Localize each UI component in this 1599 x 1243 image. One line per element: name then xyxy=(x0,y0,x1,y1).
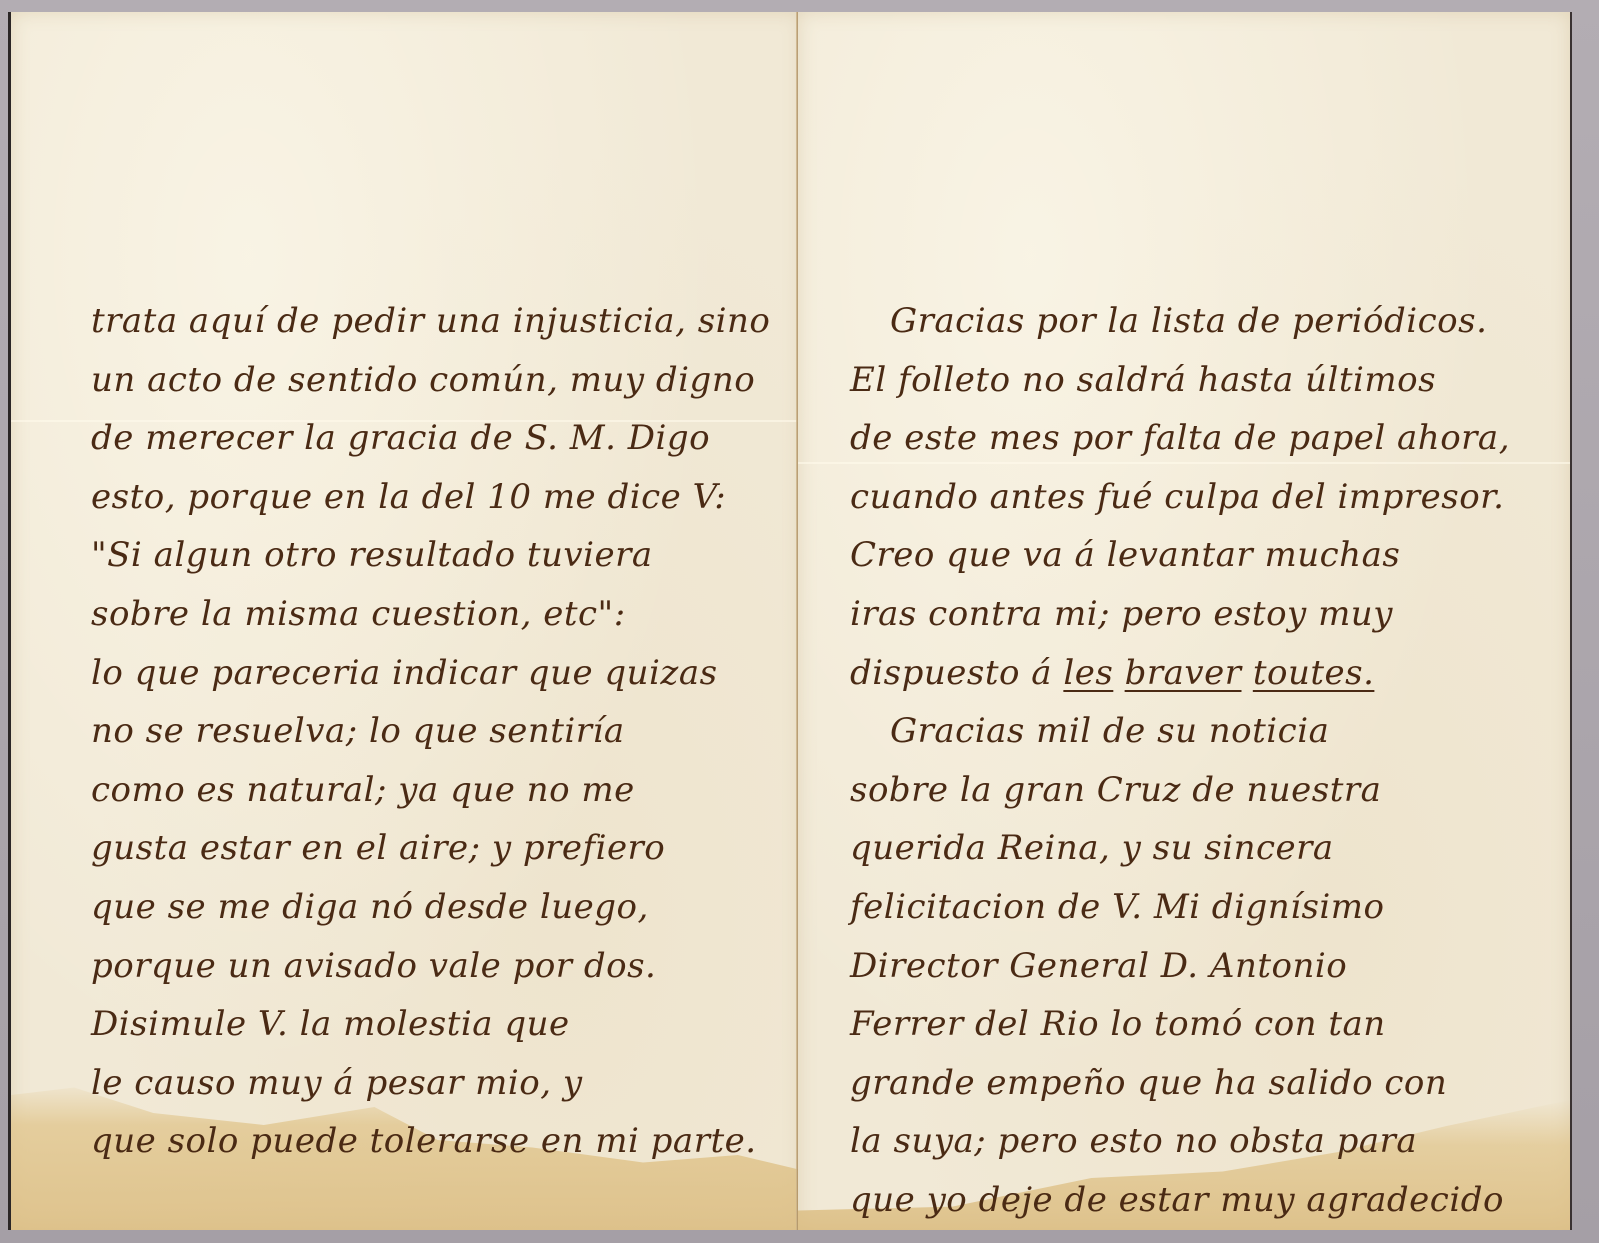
underlined-word: toutes. xyxy=(1253,653,1375,693)
text-line: El folleto no saldrá hasta últimos xyxy=(850,351,1550,410)
text-line: como es natural; ya que no me xyxy=(91,761,791,820)
underlined-word: braver xyxy=(1125,653,1242,693)
right-page-text: Gracias por la lista de periódicos. El f… xyxy=(850,292,1550,1230)
text-line: cuando antes fué culpa del impresor. xyxy=(850,468,1550,527)
text-line: sobre la misma cuestion, etc": xyxy=(91,585,791,644)
underlined-word: les xyxy=(1063,653,1113,693)
text-line: grande empeño que ha salido con xyxy=(850,1054,1550,1113)
text-line: de este mes por falta de papel ahora, xyxy=(850,409,1550,468)
text-line: porque un avisado vale por dos. xyxy=(91,937,791,996)
text-line: que yo deje de estar muy agradecido xyxy=(850,1171,1550,1230)
text-line: Creo que va á levantar muchas xyxy=(850,526,1550,585)
text-line: trata aquí de pedir una injusticia, sino xyxy=(91,292,791,351)
text-line: un acto de sentido común, muy digno xyxy=(91,351,791,410)
text-line: la suya; pero esto no obsta para xyxy=(850,1112,1550,1171)
text-line: Gracias por la lista de periódicos. xyxy=(850,292,1550,351)
text-line: que se me diga nó desde luego, xyxy=(91,878,791,937)
text-line: de merecer la gracia de S. M. Digo xyxy=(91,409,791,468)
text-line: esto, porque en la del 10 me dice V: xyxy=(91,468,791,527)
text-line: que solo puede tolerarse en mi parte. xyxy=(91,1112,791,1171)
text-line: Gracias mil de su noticia xyxy=(850,702,1550,761)
text-line: le causo muy á pesar mio, y xyxy=(91,1054,791,1113)
text-line: sobre la gran Cruz de nuestra xyxy=(850,761,1550,820)
text-line: querida Reina, y su sincera xyxy=(850,819,1550,878)
left-page: trata aquí de pedir una injusticia, sino… xyxy=(8,12,801,1230)
text-line: Disimule V. la molestia que xyxy=(91,995,791,1054)
text-line: gusta estar en el aire; y prefiero xyxy=(91,819,791,878)
text-line: lo que pareceria indicar que quizas xyxy=(91,644,791,703)
text-line-with-underline: dispuesto á les braver toutes. xyxy=(850,644,1550,703)
scanned-letter: trata aquí de pedir una injusticia, sino… xyxy=(0,0,1599,1243)
text-line: felicitacion de V. Mi dignísimo xyxy=(850,878,1550,937)
text-line: "Si algun otro resultado tuviera xyxy=(91,526,791,585)
text-fragment: á xyxy=(1031,653,1052,693)
right-page: Gracias por la lista de periódicos. El f… xyxy=(798,12,1572,1230)
left-page-text: trata aquí de pedir una injusticia, sino… xyxy=(91,292,791,1171)
text-fragment: dispuesto xyxy=(850,653,1020,693)
text-line: Ferrer del Rio lo tomó con tan xyxy=(850,995,1550,1054)
text-line: iras contra mi; pero estoy muy xyxy=(850,585,1550,644)
text-line: no se resuelva; lo que sentiría xyxy=(91,702,791,761)
text-line: Director General D. Antonio xyxy=(850,937,1550,996)
